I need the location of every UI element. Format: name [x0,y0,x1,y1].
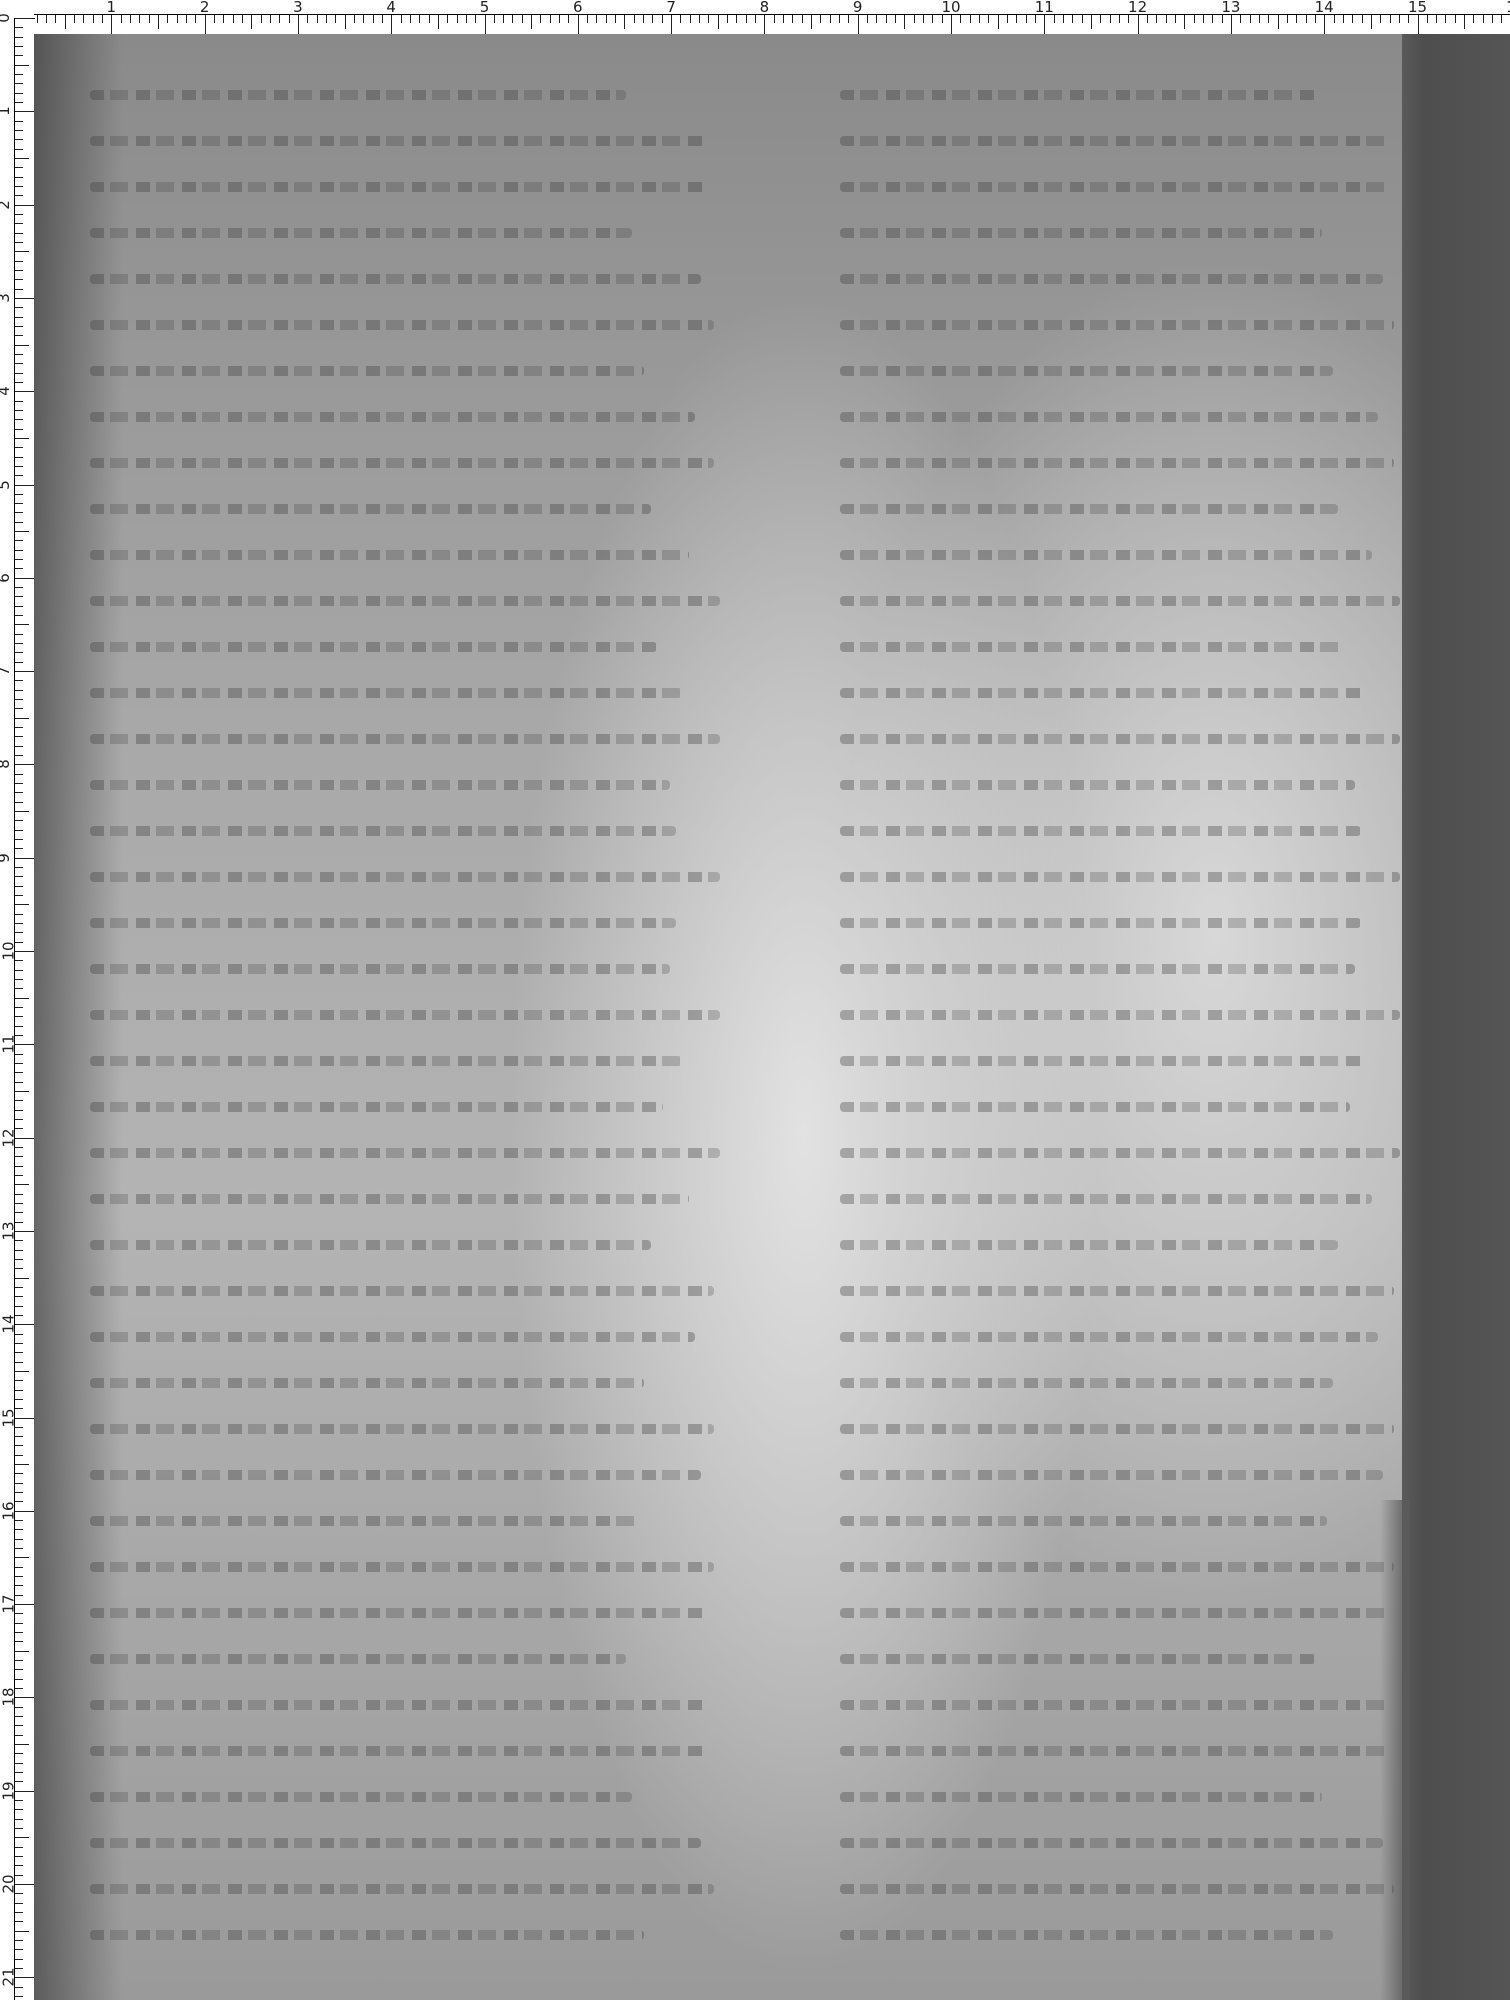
ruler-top-label: 6 [573,0,583,16]
ruler-tick [15,503,23,504]
text-line [840,1838,1383,1848]
ruler-tick [15,1837,29,1838]
ruler-left: 0123456789101112131415161718192021 [0,0,34,2000]
text-line [840,1378,1333,1388]
ruler-tick [568,15,569,23]
ruler-tick [15,559,23,560]
ruler-tick [15,1203,23,1204]
ruler-tick [223,15,224,23]
ruler-tick [15,1847,23,1848]
ruler-tick [979,15,980,23]
ruler-top-label: 4 [386,0,396,16]
ruler-tick [15,1660,23,1661]
ruler-tick [149,15,150,23]
ruler-tick [15,540,23,541]
ruler-tick [15,867,23,868]
ruler-tick [410,15,411,23]
ruler-tick [15,233,23,234]
ruler-tick [345,15,346,29]
ruler-tick [15,671,34,672]
text-line [90,918,676,928]
ruler-tick [1352,15,1353,23]
ruler-tick [1016,15,1017,23]
text-line [90,1792,632,1802]
ruler-tick [15,764,34,765]
ruler-tick [671,15,672,34]
text-line [840,1010,1400,1020]
ruler-tick [1156,15,1157,23]
ruler-tick [15,457,23,458]
ruler-tick [998,15,999,29]
ruler-tick [1390,15,1391,23]
ruler-tick [503,15,504,23]
ruler-tick [15,1931,29,1932]
ruler-tick [15,1828,23,1829]
ruler-tick [1240,15,1241,23]
ruler-tick [15,1548,23,1549]
ruler-tick [15,1063,23,1064]
ruler-tick [15,587,23,588]
ruler-tick [811,15,812,29]
ruler-tick [15,1557,29,1558]
ruler-tick [15,1884,34,1885]
ruler-tick [15,1044,34,1045]
ruler-top-label: 1 [1506,0,1510,16]
ruler-tick [15,923,23,924]
text-line [840,642,1344,652]
ruler-tick [15,624,29,625]
ruler-left-label: 8 [0,760,13,770]
ruler-tick [326,15,327,23]
text-line [840,826,1361,836]
ruler-tick [214,15,215,23]
ruler-tick [848,15,849,23]
ruler-tick [15,895,23,896]
ruler-tick [289,15,290,23]
ruler-tick [15,121,23,122]
text-line [840,1792,1322,1802]
ruler-tick [158,15,159,29]
ruler-tick [15,447,23,448]
ruler-tick [858,15,859,34]
ruler-tick [15,1651,29,1652]
text-line [90,136,707,146]
ruler-tick [699,15,700,23]
ruler-tick [802,15,803,23]
text-line [840,872,1400,882]
ruler-tick [1371,15,1372,29]
ruler-tick [1324,15,1325,34]
ruler-tick [876,15,877,23]
ruler-tick [15,727,23,728]
text-line [90,872,720,882]
text-line [90,1010,720,1020]
ruler-tick [15,1352,23,1353]
ruler-tick [167,15,168,23]
ruler-tick [15,466,23,467]
ruler-tick [736,15,737,23]
ruler-tick [317,15,318,23]
ruler-tick [662,15,663,23]
text-line [90,1516,638,1526]
text-line [90,504,651,514]
ruler-tick [15,1893,23,1894]
text-line [90,1240,651,1250]
text-column-left [90,90,720,1976]
ruler-tick [15,1473,23,1474]
ruler-tick [15,634,23,635]
text-line [840,366,1333,376]
ruler-tick [15,1940,23,1941]
text-line [90,1746,707,1756]
ruler-tick [15,1697,34,1698]
ruler-tick [15,111,34,112]
text-line [840,780,1355,790]
ruler-tick [951,15,952,34]
ruler-tick [15,699,23,700]
ruler-tick [15,335,23,336]
ruler-tick [531,15,532,29]
ruler-tick [15,960,23,961]
ruler-tick [15,93,23,94]
ruler-tick [15,55,23,56]
ruler-tick [15,289,23,290]
ruler-tick [15,1585,23,1586]
ruler-tick [177,15,178,23]
ruler-tick [15,848,23,849]
ruler-tick [15,1016,23,1017]
ruler-top-label: 12 [1128,0,1147,16]
ruler-tick [15,186,23,187]
text-line [90,596,720,606]
ruler-tick [15,774,23,775]
ruler-tick [1464,15,1465,29]
ruler-tick [512,15,513,23]
ruler-tick [1418,15,1419,34]
text-line [90,1470,701,1480]
ruler-tick [596,15,597,23]
ruler-tick [1072,15,1073,23]
ruler-tick [15,1362,23,1363]
ruler-tick [15,606,23,607]
ruler-tick [932,15,933,23]
ruler-tick [15,820,23,821]
text-line [90,228,632,238]
ruler-tick [15,485,34,486]
ruler-tick [15,662,23,663]
ruler-tick [1334,15,1335,23]
ruler-tick [15,531,29,532]
ruler-top-label: 11 [1035,0,1054,16]
ruler-left-label: 9 [0,853,13,863]
ruler-tick [1492,15,1493,23]
ruler-tick [15,792,23,793]
text-line [840,1102,1350,1112]
ruler-tick [15,1278,29,1279]
ruler-top-label: 8 [760,0,770,16]
ruler-tick [1278,15,1279,29]
ruler-tick [15,979,23,980]
ruler-tick [485,15,486,34]
ruler-tick [1399,15,1400,23]
ruler-tick [15,1763,23,1764]
ruler-tick [15,345,29,346]
ruler-tick [1175,15,1176,23]
text-line [840,1562,1394,1572]
ruler-tick [15,876,23,877]
text-line [840,320,1394,330]
ruler-tick [15,1306,23,1307]
ruler-top: 01234567891011121314151 [0,0,1510,34]
text-line [840,1608,1389,1618]
ruler-tick [1501,15,1502,23]
ruler-tick [15,652,23,653]
ruler-tick [233,15,234,23]
ruler-tick [652,15,653,23]
ruler-tick [15,615,23,616]
ruler-tick [15,1819,23,1820]
ruler-tick [15,1380,23,1381]
ruler-tick [15,1716,23,1717]
ruler-tick [792,15,793,23]
ruler-tick [447,15,448,23]
text-line [840,1424,1394,1434]
text-line [90,550,689,560]
ruler-tick [15,261,23,262]
ruler-tick [820,15,821,23]
ruler-tick [363,15,364,23]
ruler-tick [1054,15,1055,23]
ruler-tick [15,130,23,131]
ruler-tick [15,858,34,859]
ruler-tick [15,1231,34,1232]
ruler-tick [195,15,196,23]
ruler-tick [15,102,23,103]
ruler-tick [15,298,34,299]
ruler-top-label: 3 [293,0,303,16]
ruler-tick [15,1492,23,1493]
ruler-tick [578,15,579,34]
ruler-tick [15,1520,23,1521]
ruler-tick [466,15,467,23]
ruler-tick [1222,15,1223,23]
ruler-tick [391,15,392,34]
ruler-tick [15,27,23,28]
ruler-tick [1259,15,1260,23]
ruler-tick [15,391,34,392]
ruler-tick [15,1959,23,1960]
ruler-tick [15,419,23,420]
ruler-tick [475,15,476,23]
ruler-tick [15,1250,23,1251]
ruler-tick [15,755,23,756]
ruler-tick [1119,15,1120,23]
ruler-tick [15,1418,34,1419]
ruler-tick [15,1026,23,1027]
text-line [840,412,1378,422]
ruler-tick [15,970,23,971]
ruler-tick [1483,15,1484,23]
ruler-tick [15,177,23,178]
ruler-tick [121,15,122,23]
ruler-left-label: 1 [0,107,13,117]
text-line [90,1102,663,1112]
ruler-tick [15,1809,23,1810]
ruler-tick [15,550,23,551]
text-line [840,1286,1394,1296]
ruler-tick [15,317,23,318]
ruler-tick [643,15,644,23]
ruler-tick [15,1903,23,1904]
text-line [840,182,1389,192]
ruler-tick [1455,15,1456,23]
ruler-left-label: 5 [0,480,13,490]
text-line [840,1148,1400,1158]
ruler-tick [1268,15,1269,23]
ruler-tick [15,1865,23,1866]
ruler-tick [15,690,23,691]
ruler-tick [15,1399,23,1400]
ruler-tick [15,410,23,411]
ruler-tick [1436,15,1437,23]
ruler-tick [15,1287,23,1288]
ruler-tick [335,15,336,23]
ruler-tick [15,596,23,597]
ruler-tick [886,15,887,23]
text-line [840,734,1400,744]
text-line [90,1700,707,1710]
text-line [840,228,1322,238]
ruler-tick [1194,15,1195,23]
ruler-tick [988,15,989,23]
ruler-tick [15,205,34,206]
ruler-tick [15,1184,29,1185]
ruler-tick [1362,15,1363,23]
ruler-tick [895,15,896,23]
ruler-left-label: 4 [0,386,13,396]
ruler-tick [15,37,23,38]
ruler-tick [15,167,23,168]
ruler-tick [15,1334,23,1335]
ruler-tick [251,15,252,29]
ruler-left-label: 6 [0,573,13,583]
ruler-tick [15,1753,23,1754]
text-line [90,412,695,422]
ruler-tick [15,1390,23,1391]
ruler-tick [15,1641,23,1642]
ruler-tick [186,15,187,23]
text-line [840,1240,1338,1250]
ruler-tick [15,307,23,308]
ruler-tick [15,904,29,905]
ruler-tick [15,1072,23,1073]
ruler-top-label: 14 [1315,0,1334,16]
ruler-top-label: 13 [1221,0,1240,16]
ruler-tick [15,1147,23,1148]
ruler-tick [960,15,961,23]
ruler-tick [15,1912,23,1913]
ruler-tick [1044,15,1045,34]
text-line [90,1608,707,1618]
ruler-tick [15,578,34,579]
ruler-tick [429,15,430,23]
ruler-tick [15,1921,23,1922]
ruler-tick [923,15,924,23]
text-line [90,1654,626,1664]
text-line [840,1194,1372,1204]
ruler-tick [15,1455,23,1456]
text-line [90,780,670,790]
ruler-tick [783,15,784,23]
ruler-tick [382,15,383,23]
ruler-top-label: 2 [200,0,210,16]
text-line [90,1930,644,1940]
ruler-tick [15,1427,23,1428]
ruler-tick [298,15,299,34]
text-line [90,90,626,100]
ruler-top-label: 5 [480,0,490,16]
ruler-tick [373,15,374,23]
text-line [90,1838,701,1848]
ruler-tick [15,1669,23,1670]
ruler-tick [83,15,84,23]
ruler-tick [15,149,23,150]
ruler-tick [55,15,56,23]
text-line [90,826,676,836]
ruler-tick [270,15,271,23]
ruler-tick [606,15,607,23]
text-line [840,964,1355,974]
ruler-tick [1212,15,1213,23]
text-line [90,1884,714,1894]
ruler-tick [1128,15,1129,23]
text-line [90,642,657,652]
ruler-tick [15,1343,23,1344]
text-line [90,1424,714,1434]
ruler-tick [15,1800,23,1801]
text-line [840,1654,1316,1664]
ruler-tick [708,15,709,23]
ruler-tick [15,998,29,999]
text-line [840,1332,1378,1342]
ruler-tick [15,746,23,747]
ruler-tick [15,1977,34,1978]
ruler-tick [764,15,765,34]
ruler-tick [587,15,588,23]
ruler-tick [1166,15,1167,23]
ruler-tick [680,15,681,23]
text-line [840,1930,1333,1940]
ruler-tick [111,15,112,34]
ruler-tick [419,15,420,23]
ruler-tick [46,15,47,23]
text-line [90,688,682,698]
ruler-tick [15,512,23,513]
ruler-tick [15,1240,23,1241]
ruler-tick [15,1623,23,1624]
ruler-tick [727,15,728,23]
text-line [840,1746,1389,1756]
ruler-left-label: 0 [0,13,13,23]
ruler-tick [15,1436,23,1437]
ruler-tick [1306,15,1307,23]
ruler-tick [15,1296,23,1297]
text-line [840,918,1361,928]
ruler-tick [830,15,831,23]
ruler-tick [74,15,75,23]
ruler-tick [65,15,66,29]
ruler-tick [15,1576,23,1577]
